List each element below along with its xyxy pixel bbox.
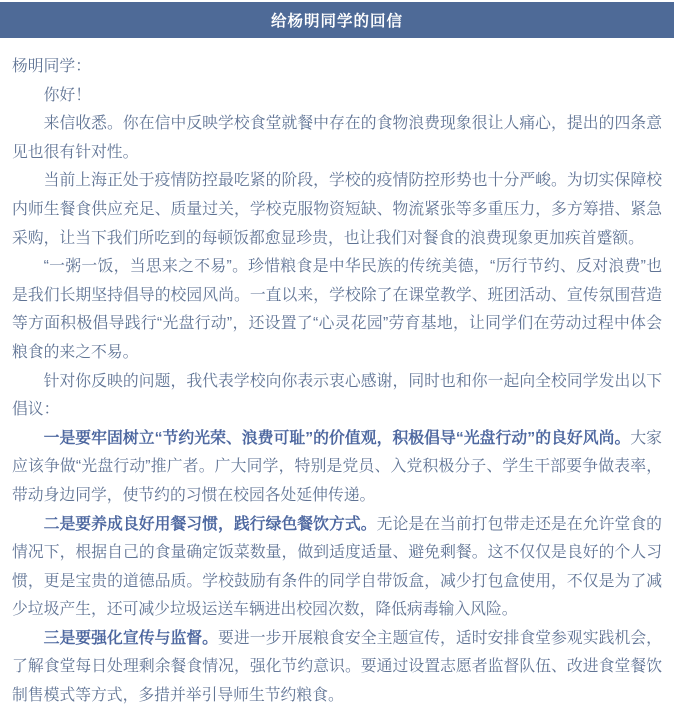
paragraph: “一粥一饭，当思来之不易”。珍惜粮食是中华民族的传统美德，“厉行节约、反对浪费”… (12, 253, 662, 367)
paragraph: 针对你反映的问题，我代表学校向你表示衷心感谢，同时也和你一起向全校同学发出以下倡… (12, 368, 662, 425)
paragraph: 一是要牢固树立“节约光荣、浪费可耻”的价值观，积极倡导“光盘行动”的良好风尚。大… (12, 425, 662, 511)
paragraph: 你好！ (12, 82, 662, 111)
letter-body: 杨明同学： 你好！ 来信收悉。你在信中反映学校食堂就餐中存在的食物浪费现象很让人… (0, 38, 674, 712)
paragraph: 二是要养成良好用餐习惯，践行绿色餐饮方式。无论是在当前打包带走还是在允许堂食的情… (12, 511, 662, 625)
paragraph: 三是要强化宣传与监督。要进一步开展粮食安全主题宣传，适时安排食堂参观实践机会，了… (12, 625, 662, 711)
paragraph-text: 你好！ (44, 87, 91, 104)
page-title: 给杨明同学的回信 (271, 9, 403, 31)
paragraph-bold-lead: 三是要强化宣传与监督。 (44, 630, 218, 647)
paragraph-bold-lead: 二是要养成良好用餐习惯，践行绿色餐饮方式。 (44, 516, 377, 533)
paragraph-bold-lead: 一是要牢固树立“节约光荣、浪费可耻”的价值观，积极倡导“光盘行动”的良好风尚。 (44, 430, 631, 447)
paragraph-text: “一粥一饭，当思来之不易”。珍惜粮食是中华民族的传统美德，“厉行节约、反对浪费”… (12, 258, 662, 361)
paragraph-text: 当前上海正处于疫情防控最吃紧的阶段，学校的疫情防控形势也十分严峻。为切实保障校内… (12, 172, 662, 246)
paragraph-text: 来信收悉。你在信中反映学校食堂就餐中存在的食物浪费现象很让人痛心，提出的四条意见… (12, 115, 662, 161)
salutation: 杨明同学： (12, 53, 662, 82)
paragraph: 来信收悉。你在信中反映学校食堂就餐中存在的食物浪费现象很让人痛心，提出的四条意见… (12, 110, 662, 167)
paragraph: 当前上海正处于疫情防控最吃紧的阶段，学校的疫情防控形势也十分严峻。为切实保障校内… (12, 167, 662, 253)
title-bar: 给杨明同学的回信 (0, 2, 674, 38)
paragraph-text: 针对你反映的问题，我代表学校向你表示衷心感谢，同时也和你一起向全校同学发出以下倡… (12, 373, 662, 419)
